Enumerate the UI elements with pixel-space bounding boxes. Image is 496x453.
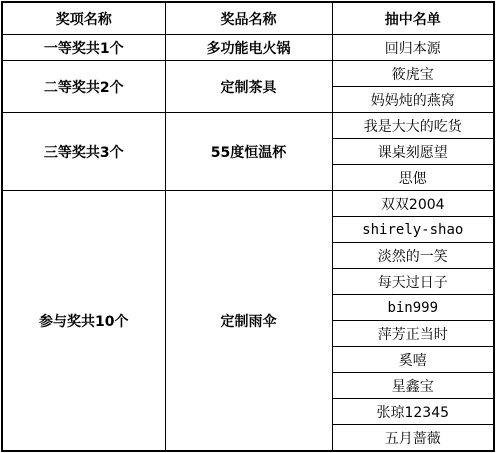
prize-tier-cell: 一等奖共1个 xyxy=(2,35,165,61)
table-row: 参与奖共10个定制雨伞双双2004 xyxy=(2,191,494,217)
winner-name-cell: 奚嘻 xyxy=(332,347,494,373)
header-prize-name: 奖项名称 xyxy=(2,2,165,35)
winner-name-cell: 每天过日子 xyxy=(332,269,494,295)
winner-name-cell: 星鑫宝 xyxy=(332,373,494,399)
header-winner-list: 抽中名单 xyxy=(332,2,494,35)
prize-tier-cell: 二等奖共2个 xyxy=(2,61,165,113)
header-item-name: 奖品名称 xyxy=(165,2,332,35)
winner-name-cell: 课桌刻愿望 xyxy=(332,139,494,165)
prize-item-cell: 定制雨伞 xyxy=(165,191,332,452)
winner-name-cell: bin999 xyxy=(332,295,494,321)
winner-name-cell: 我是大大的吃货 xyxy=(332,113,494,139)
prize-tier-cell: 参与奖共10个 xyxy=(2,191,165,452)
header-row: 奖项名称 奖品名称 抽中名单 xyxy=(2,2,494,35)
prize-table: 奖项名称 奖品名称 抽中名单 一等奖共1个多功能电火锅回归本源二等奖共2个定制茶… xyxy=(1,1,495,452)
winner-name-cell: 回归本源 xyxy=(332,35,494,61)
winner-name-cell: 五月蔷薇 xyxy=(332,425,494,452)
prize-item-cell: 定制茶具 xyxy=(165,61,332,113)
prize-item-cell: 多功能电火锅 xyxy=(165,35,332,61)
winner-name-cell: 张琼12345 xyxy=(332,399,494,425)
winner-name-cell: shirely-shao xyxy=(332,217,494,243)
winner-name-cell: 妈妈炖的燕窝 xyxy=(332,87,494,113)
winner-name-cell: 思偲 xyxy=(332,165,494,191)
table-row: 二等奖共2个定制茶具筱虎宝 xyxy=(2,61,494,87)
prize-item-cell: 55度恒温杯 xyxy=(165,113,332,191)
table-row: 三等奖共3个55度恒温杯我是大大的吃货 xyxy=(2,113,494,139)
table-row: 一等奖共1个多功能电火锅回归本源 xyxy=(2,35,494,61)
winner-name-cell: 双双2004 xyxy=(332,191,494,217)
winner-name-cell: 筱虎宝 xyxy=(332,61,494,87)
table-body: 一等奖共1个多功能电火锅回归本源二等奖共2个定制茶具筱虎宝妈妈炖的燕窝三等奖共3… xyxy=(2,35,494,452)
winner-name-cell: 萍芳正当时 xyxy=(332,321,494,347)
winner-name-cell: 淡然的一笑 xyxy=(332,243,494,269)
prize-tier-cell: 三等奖共3个 xyxy=(2,113,165,191)
